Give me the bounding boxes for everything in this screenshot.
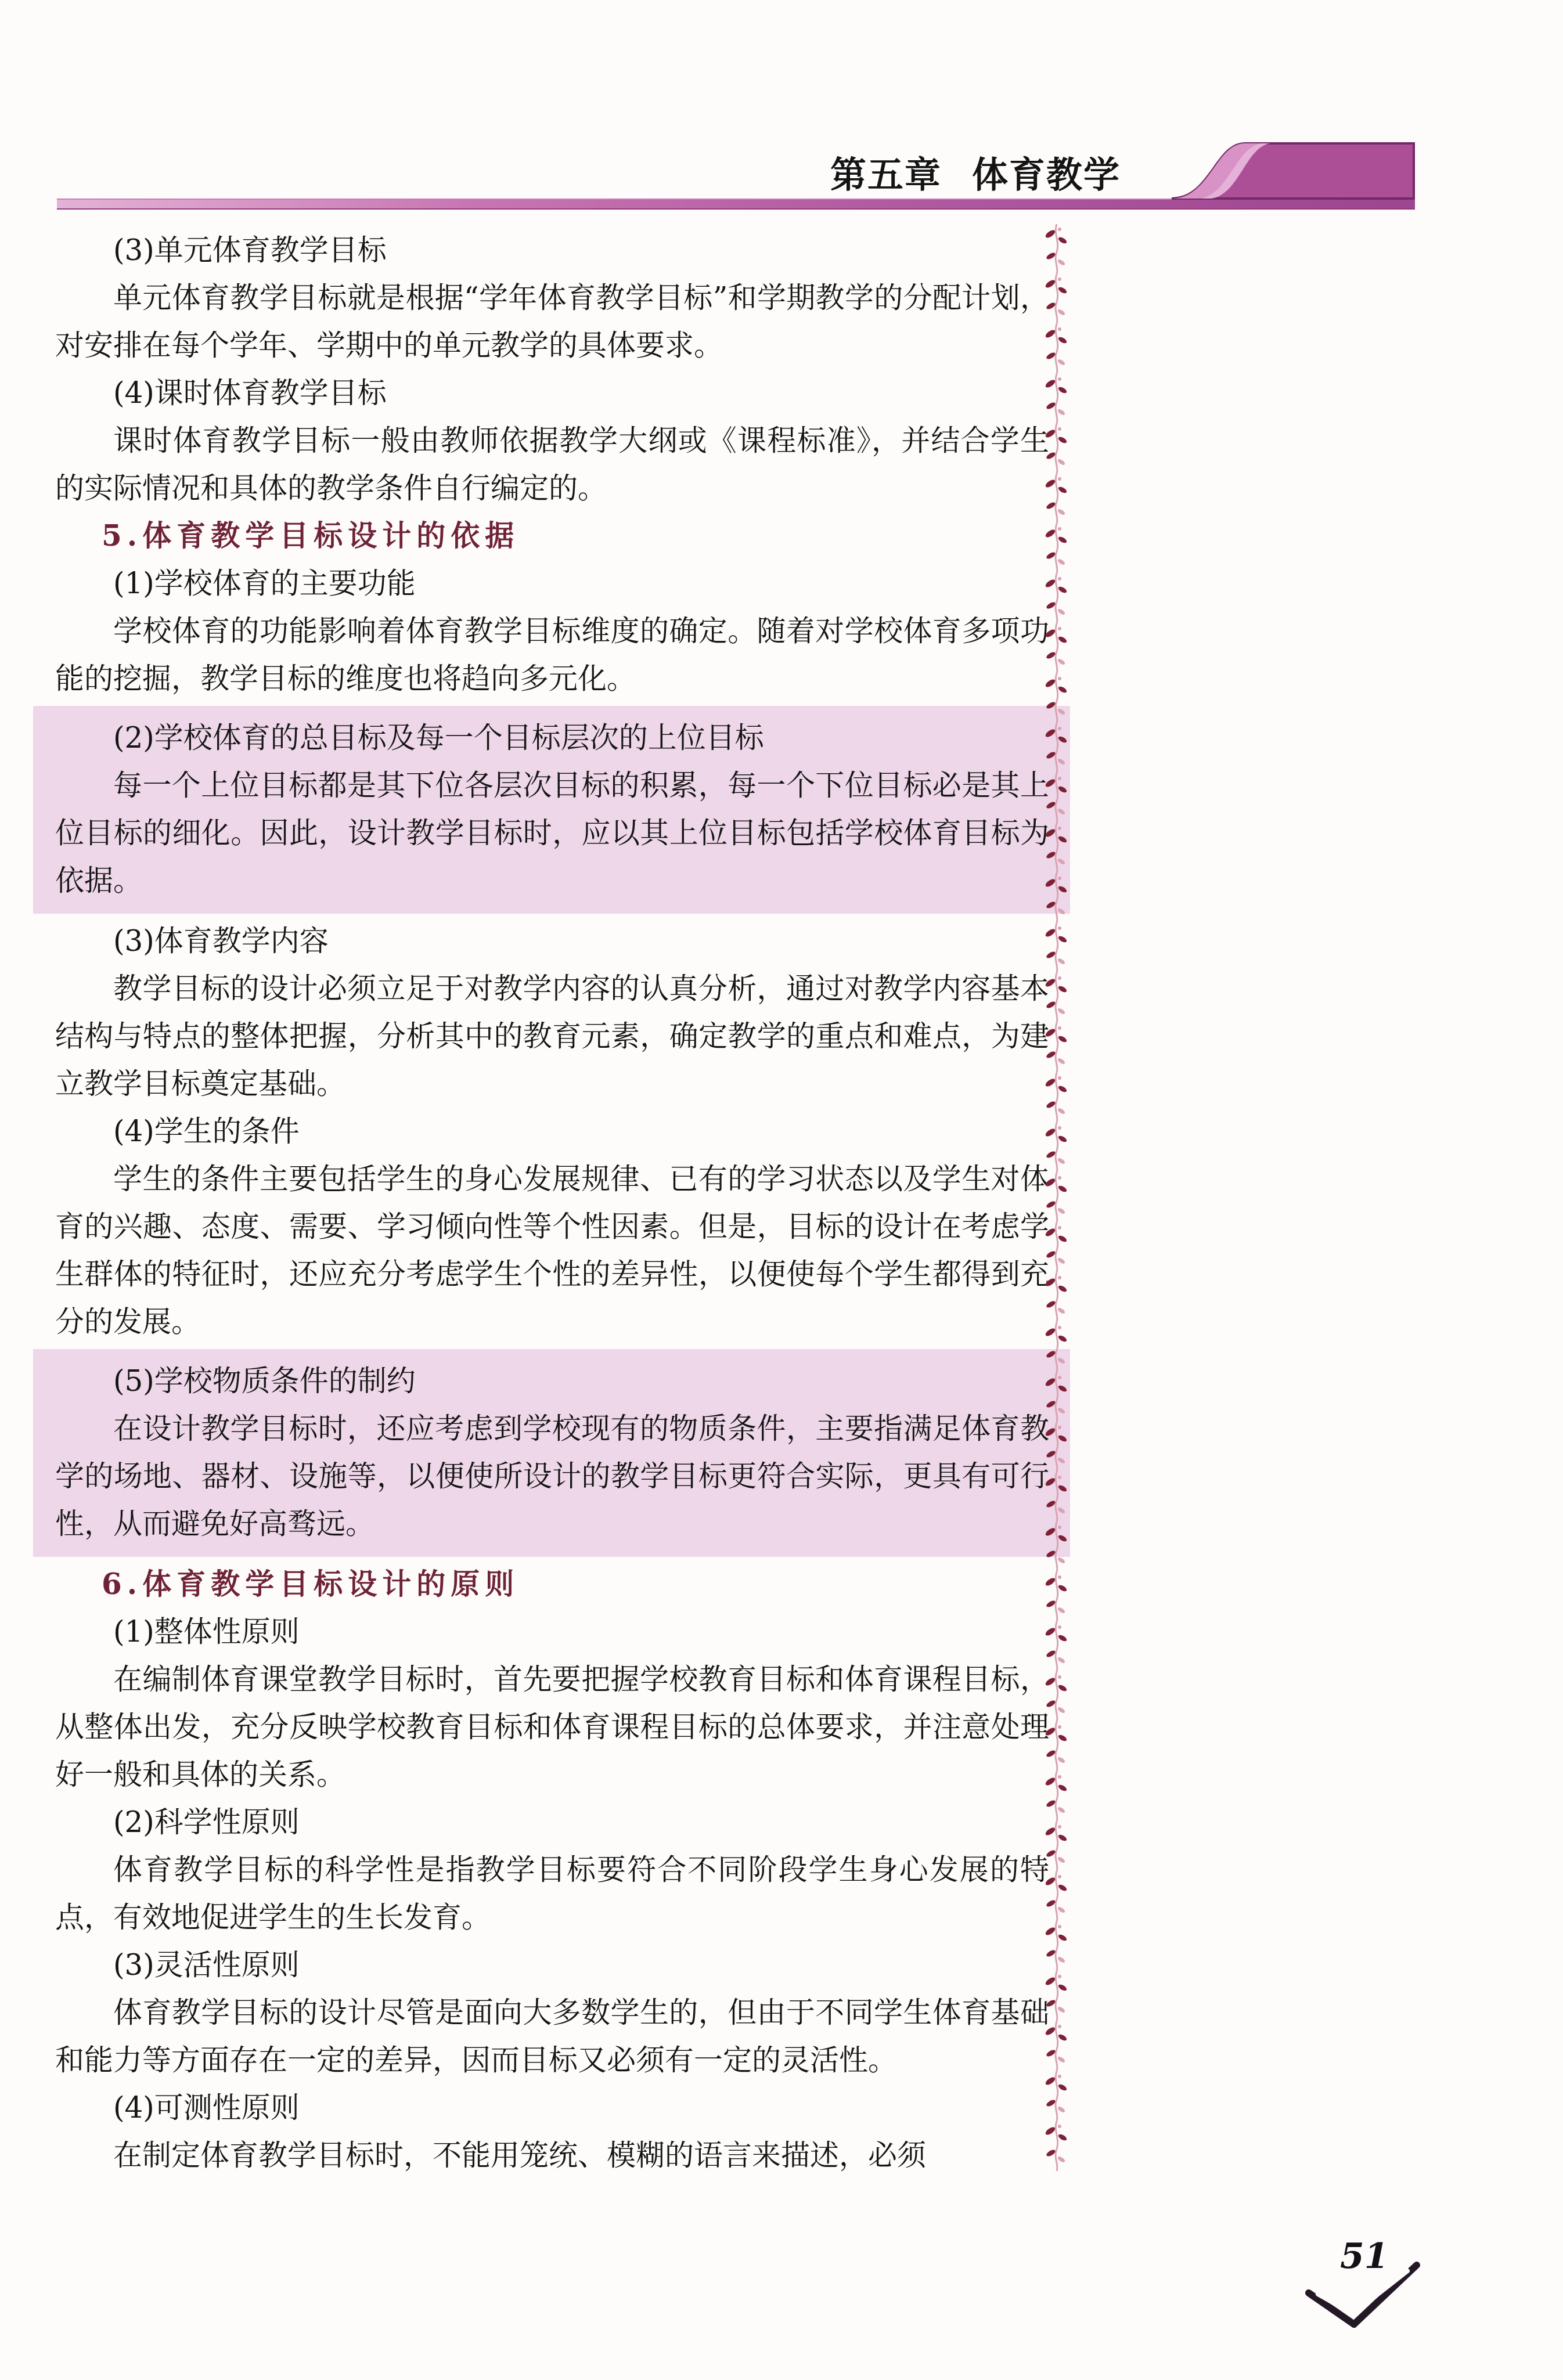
sub-heading: (1)学校体育的主要功能: [55, 560, 1049, 607]
vine-sprig-icon: [1044, 524, 1069, 574]
content-column: (3)单元体育教学目标单元体育教学目标就是根据“学年体育教学目标”和学期教学的分…: [55, 226, 1049, 2179]
vine-sprig-icon: [1044, 424, 1069, 474]
section-heading: 5.体育教学目标设计的依据: [55, 512, 1049, 560]
vine-sprig-icon: [1044, 1722, 1069, 1772]
sub-heading: (3)灵活性原则: [55, 1941, 1049, 1989]
vine-sprig-icon: [1044, 773, 1069, 823]
sub-heading: (5)学校物质条件的制约: [55, 1357, 1049, 1405]
vine-sprig-icon: [1044, 1223, 1069, 1272]
vine-sprig-icon: [1044, 1622, 1069, 1672]
vine-sprig-icon: [1044, 2071, 1069, 2121]
vine-sprig-icon: [1044, 1422, 1069, 1472]
vine-sprig-icon: [1044, 1272, 1069, 1322]
vine-sprig-icon: [1044, 1822, 1069, 1871]
vine-border-decoration: [1044, 224, 1069, 2176]
section-heading: 6.体育教学目标设计的原则: [55, 1560, 1049, 1608]
body-paragraph: 每一个上位目标都是其下位各层次目标的积累，每一个下位目标必是其上位目标的细化。因…: [55, 762, 1049, 904]
vine-sprig-icon: [1044, 723, 1069, 773]
vine-sprig-icon: [1044, 1322, 1069, 1372]
checkmark-swoosh-icon: [1303, 2259, 1422, 2328]
header-ribbon-decoration: [1136, 142, 1416, 208]
vine-sprig-icon: [1044, 2021, 1069, 2071]
vine-sprig-icon: [1044, 224, 1069, 274]
body-paragraph: 学校体育的功能影响着体育教学目标维度的确定。随着对学校体育多项功能的挖掘，教学目…: [55, 607, 1049, 702]
vine-sprig-icon: [1044, 324, 1069, 374]
vine-sprig-icon: [1044, 1123, 1069, 1173]
vine-sprig-icon: [1044, 2121, 1069, 2171]
vine-sprig-icon: [1044, 1372, 1069, 1422]
sub-heading: (4)可测性原则: [55, 2084, 1049, 2132]
sub-heading: (3)体育教学内容: [55, 917, 1049, 965]
vine-sprig-icon: [1044, 1073, 1069, 1123]
vine-sprig-icon: [1044, 1971, 1069, 2021]
vine-sprig-icon: [1044, 374, 1069, 424]
vine-sprig-icon: [1044, 1572, 1069, 1622]
vine-sprig-icon: [1044, 873, 1069, 923]
body-paragraph: 单元体育教学目标就是根据“学年体育教学目标”和学期教学的分配计划，对安排在每个学…: [55, 274, 1049, 369]
sub-heading: (4)课时体育教学目标: [55, 369, 1049, 417]
body-paragraph: 在制定体育教学目标时，不能用笼统、模糊的语言来描述，必须: [55, 2132, 1049, 2179]
vine-sprig-icon: [1044, 474, 1069, 524]
chapter-number: 第五章: [830, 154, 942, 196]
vine-sprig-icon: [1044, 1173, 1069, 1223]
vine-sprig-icon: [1044, 1672, 1069, 1722]
vine-sprig-icon: [1044, 923, 1069, 973]
vine-sprig-icon: [1044, 673, 1069, 723]
vine-sprig-icon: [1044, 823, 1069, 873]
body-paragraph: 在编制体育课堂教学目标时，首先要把握学校教育目标和体育课程目标，从整体出发，充分…: [55, 1656, 1049, 1798]
chapter-name: 体育教学: [972, 154, 1121, 196]
highlight-block: (2)学校体育的总目标及每一个目标层次的上位目标每一个上位目标都是其下位各层次目…: [33, 706, 1070, 914]
vine-sprig-icon: [1044, 973, 1069, 1023]
vine-sprig-icon: [1044, 1522, 1069, 1572]
sub-heading: (2)学校体育的总目标及每一个目标层次的上位目标: [55, 714, 1049, 762]
body-paragraph: 学生的条件主要包括学生的身心发展规律、已有的学习状态以及学生对体育的兴趣、态度、…: [55, 1155, 1049, 1346]
vine-sprig-icon: [1044, 623, 1069, 673]
vine-sprig-icon: [1044, 274, 1069, 324]
vine-sprig-icon: [1044, 1023, 1069, 1073]
highlight-block: (5)学校物质条件的制约在设计教学目标时，还应考虑到学校现有的物质条件，主要指满…: [33, 1349, 1070, 1557]
body-paragraph: 体育教学目标的科学性是指教学目标要符合不同阶段学生身心发展的特点，有效地促进学生…: [55, 1846, 1049, 1941]
body-paragraph: 体育教学目标的设计尽管是面向大多数学生的，但由于不同学生体育基础和能力等方面存在…: [55, 1989, 1049, 2084]
vine-sprig-icon: [1044, 1472, 1069, 1522]
sub-heading: (1)整体性原则: [55, 1608, 1049, 1656]
chapter-title: 第五章体育教学: [830, 146, 1121, 198]
sub-heading: (2)科学性原则: [55, 1798, 1049, 1846]
body-paragraph: 课时体育教学目标一般由教师依据教学大纲或《课程标准》，并结合学生的实际情况和具体…: [55, 417, 1049, 512]
vine-sprig-icon: [1044, 574, 1069, 623]
body-paragraph: 在设计教学目标时，还应考虑到学校现有的物质条件，主要指满足体育教学的场地、器材、…: [55, 1405, 1049, 1548]
book-page: 第五章体育教学 (3)单元体育教学目标单元体育教学目标就是根据“学年体育教学目标…: [0, 0, 1563, 2380]
vine-sprig-icon: [1044, 1921, 1069, 1971]
vine-sprig-icon: [1044, 1772, 1069, 1822]
sub-heading: (3)单元体育教学目标: [55, 226, 1049, 274]
body-paragraph: 教学目标的设计必须立足于对教学内容的认真分析，通过对教学内容基本结构与特点的整体…: [55, 965, 1049, 1108]
vine-sprig-icon: [1044, 1871, 1069, 1921]
sub-heading: (4)学生的条件: [55, 1108, 1049, 1155]
